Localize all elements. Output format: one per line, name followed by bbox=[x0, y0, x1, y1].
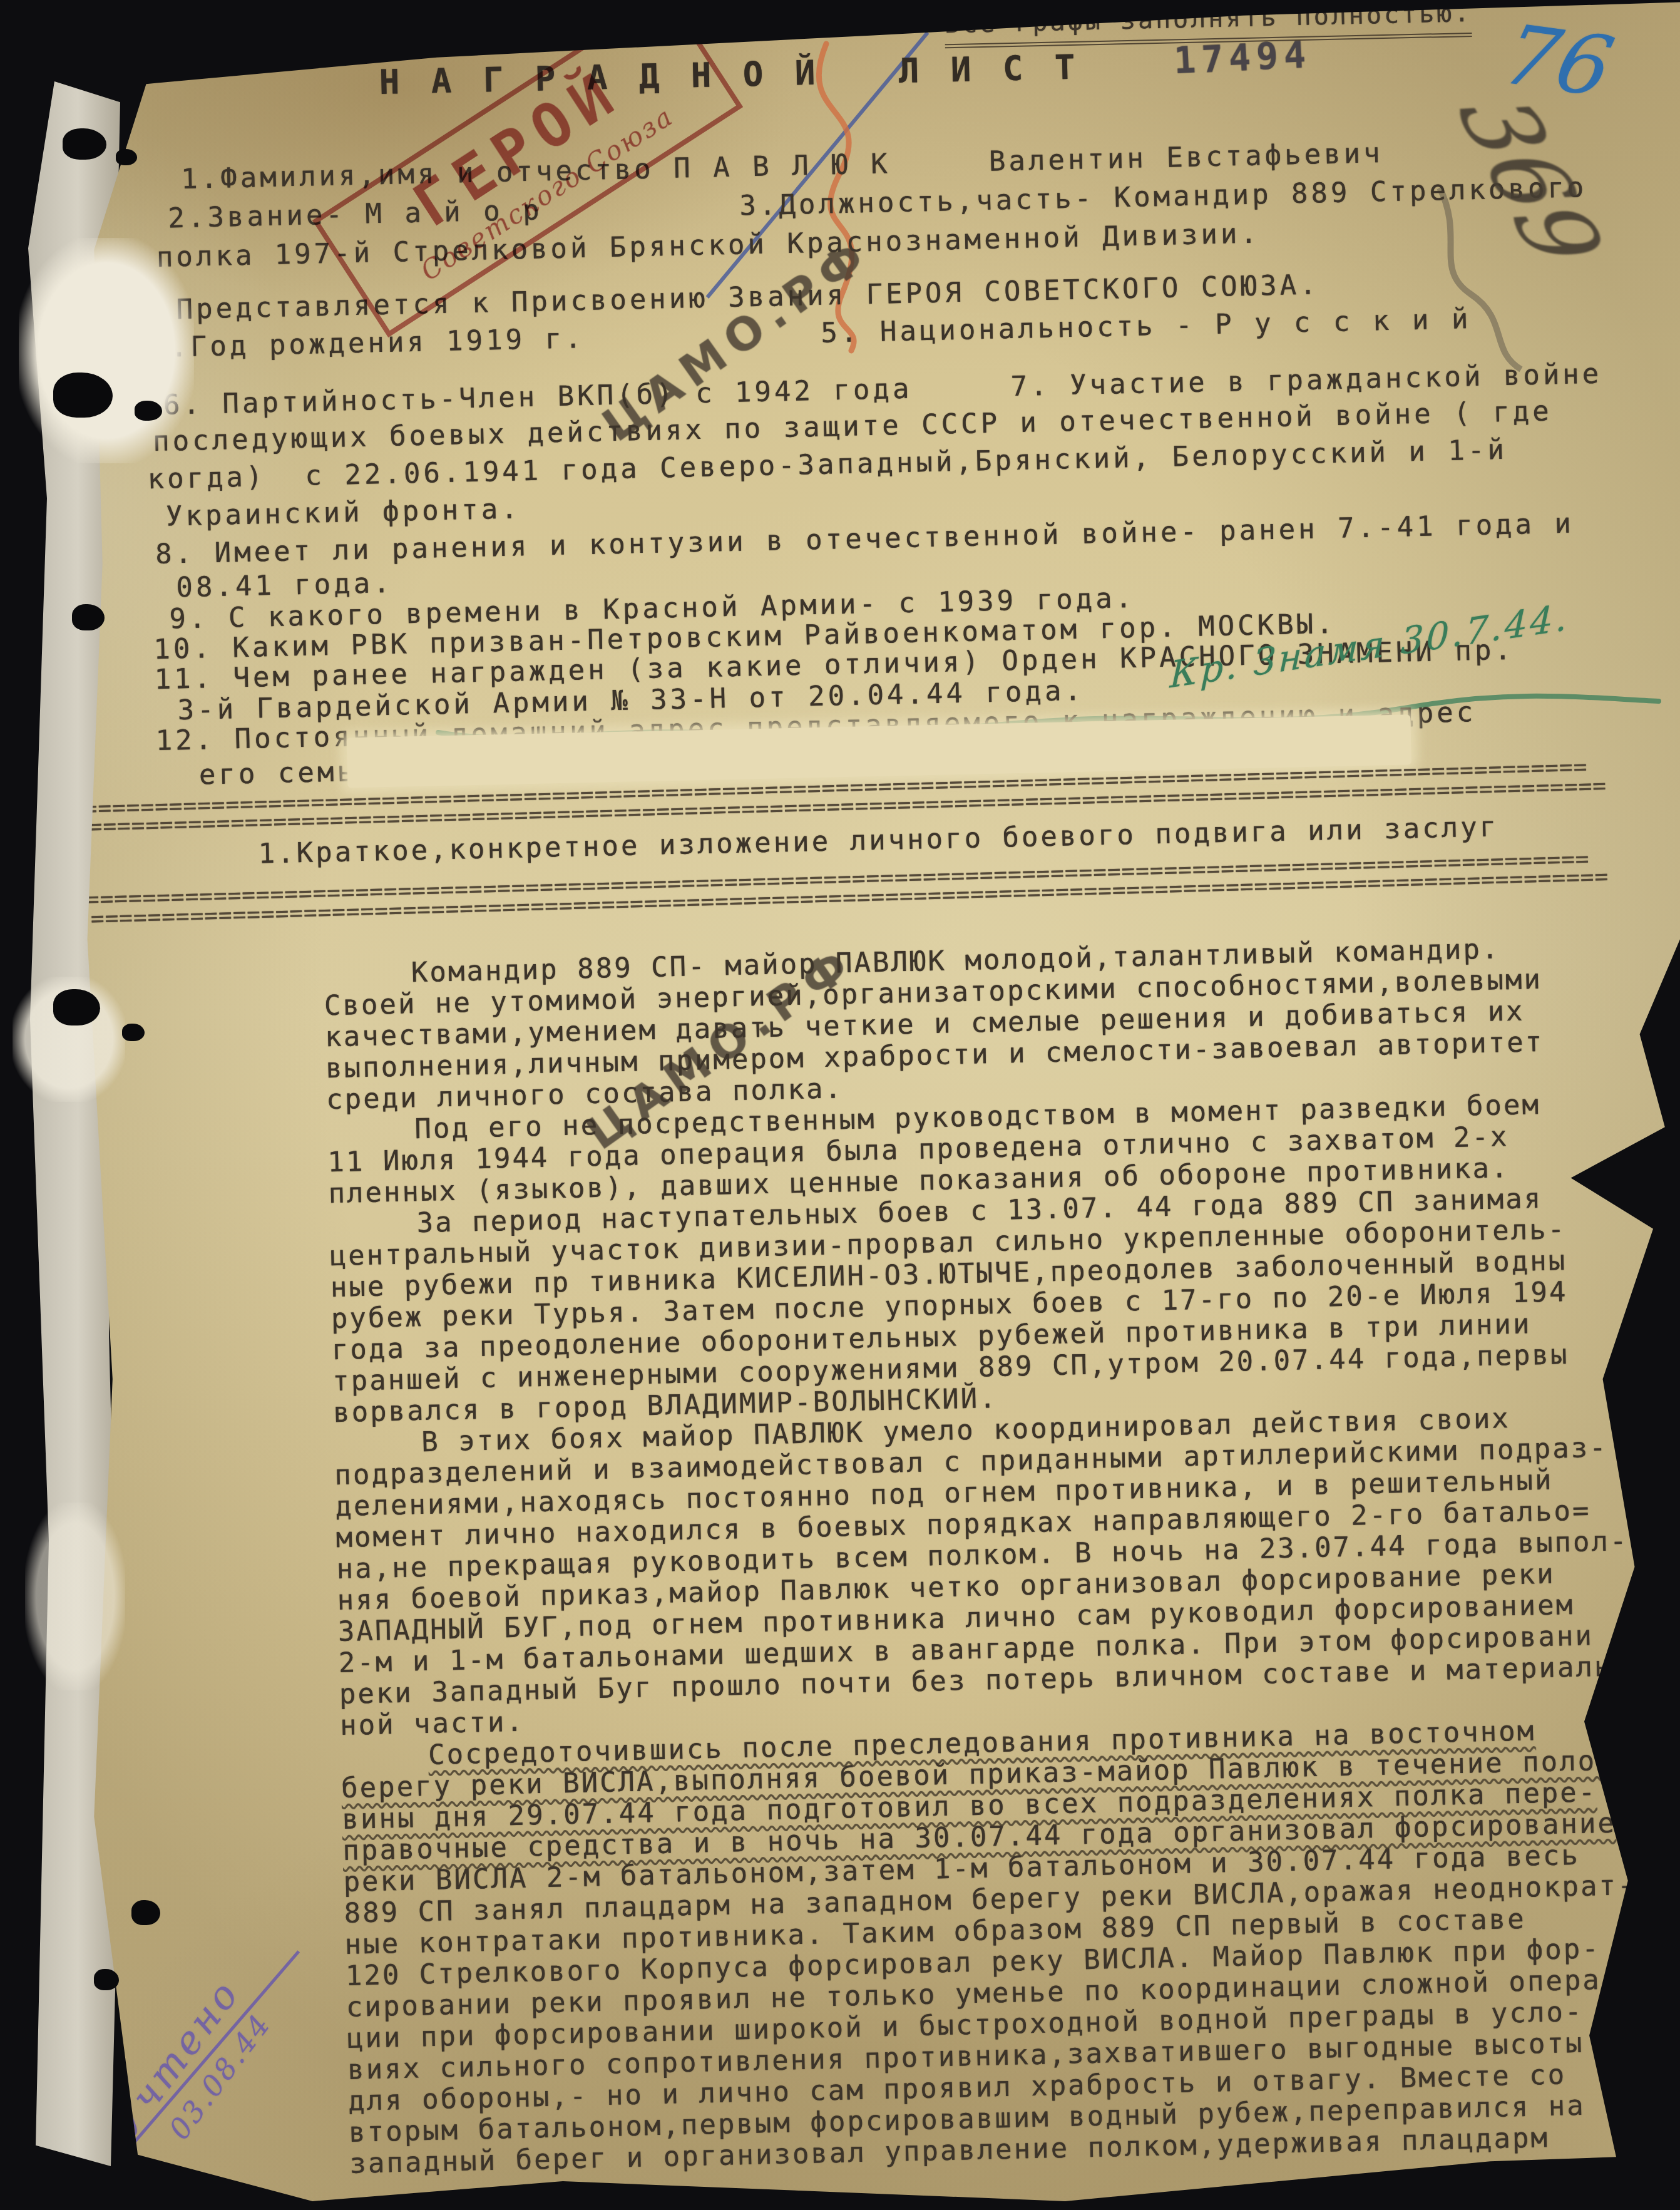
paper-hole bbox=[63, 128, 106, 160]
paper-hole bbox=[72, 604, 105, 630]
paper-hole bbox=[122, 1024, 145, 1041]
paper-hole bbox=[131, 1900, 160, 1925]
field-wounds-cont: 08.41 года. bbox=[176, 567, 393, 604]
paper-hole bbox=[94, 1969, 119, 1990]
award-sheet-page: 121 Все графы заполнять полностью. Н А Г… bbox=[0, 0, 1680, 2210]
document-scan: 121 Все графы заполнять полностью. Н А Г… bbox=[0, 0, 1680, 2210]
paper-hole bbox=[53, 373, 113, 418]
feat-description-text: Командир 889 СП- майор ПАВЛЮК молодой,та… bbox=[323, 928, 1680, 2180]
typed-content-layer: 121 Все графы заполнять полностью. Н А Г… bbox=[0, 0, 1680, 2210]
form-number-stamp: 17494 bbox=[1173, 33, 1313, 82]
field-fronts-cont: Украинский фронта. bbox=[165, 493, 521, 532]
paper-hole bbox=[53, 989, 100, 1025]
paper-hole bbox=[135, 401, 162, 421]
torn-backing-patch bbox=[25, 1503, 125, 1690]
purple-handwritten-note: Учтено 03.08.44 bbox=[103, 1916, 322, 2169]
torn-backing-patch bbox=[19, 238, 194, 463]
archive-page-number: 121 bbox=[134, 35, 221, 85]
paper-hole bbox=[116, 149, 137, 165]
